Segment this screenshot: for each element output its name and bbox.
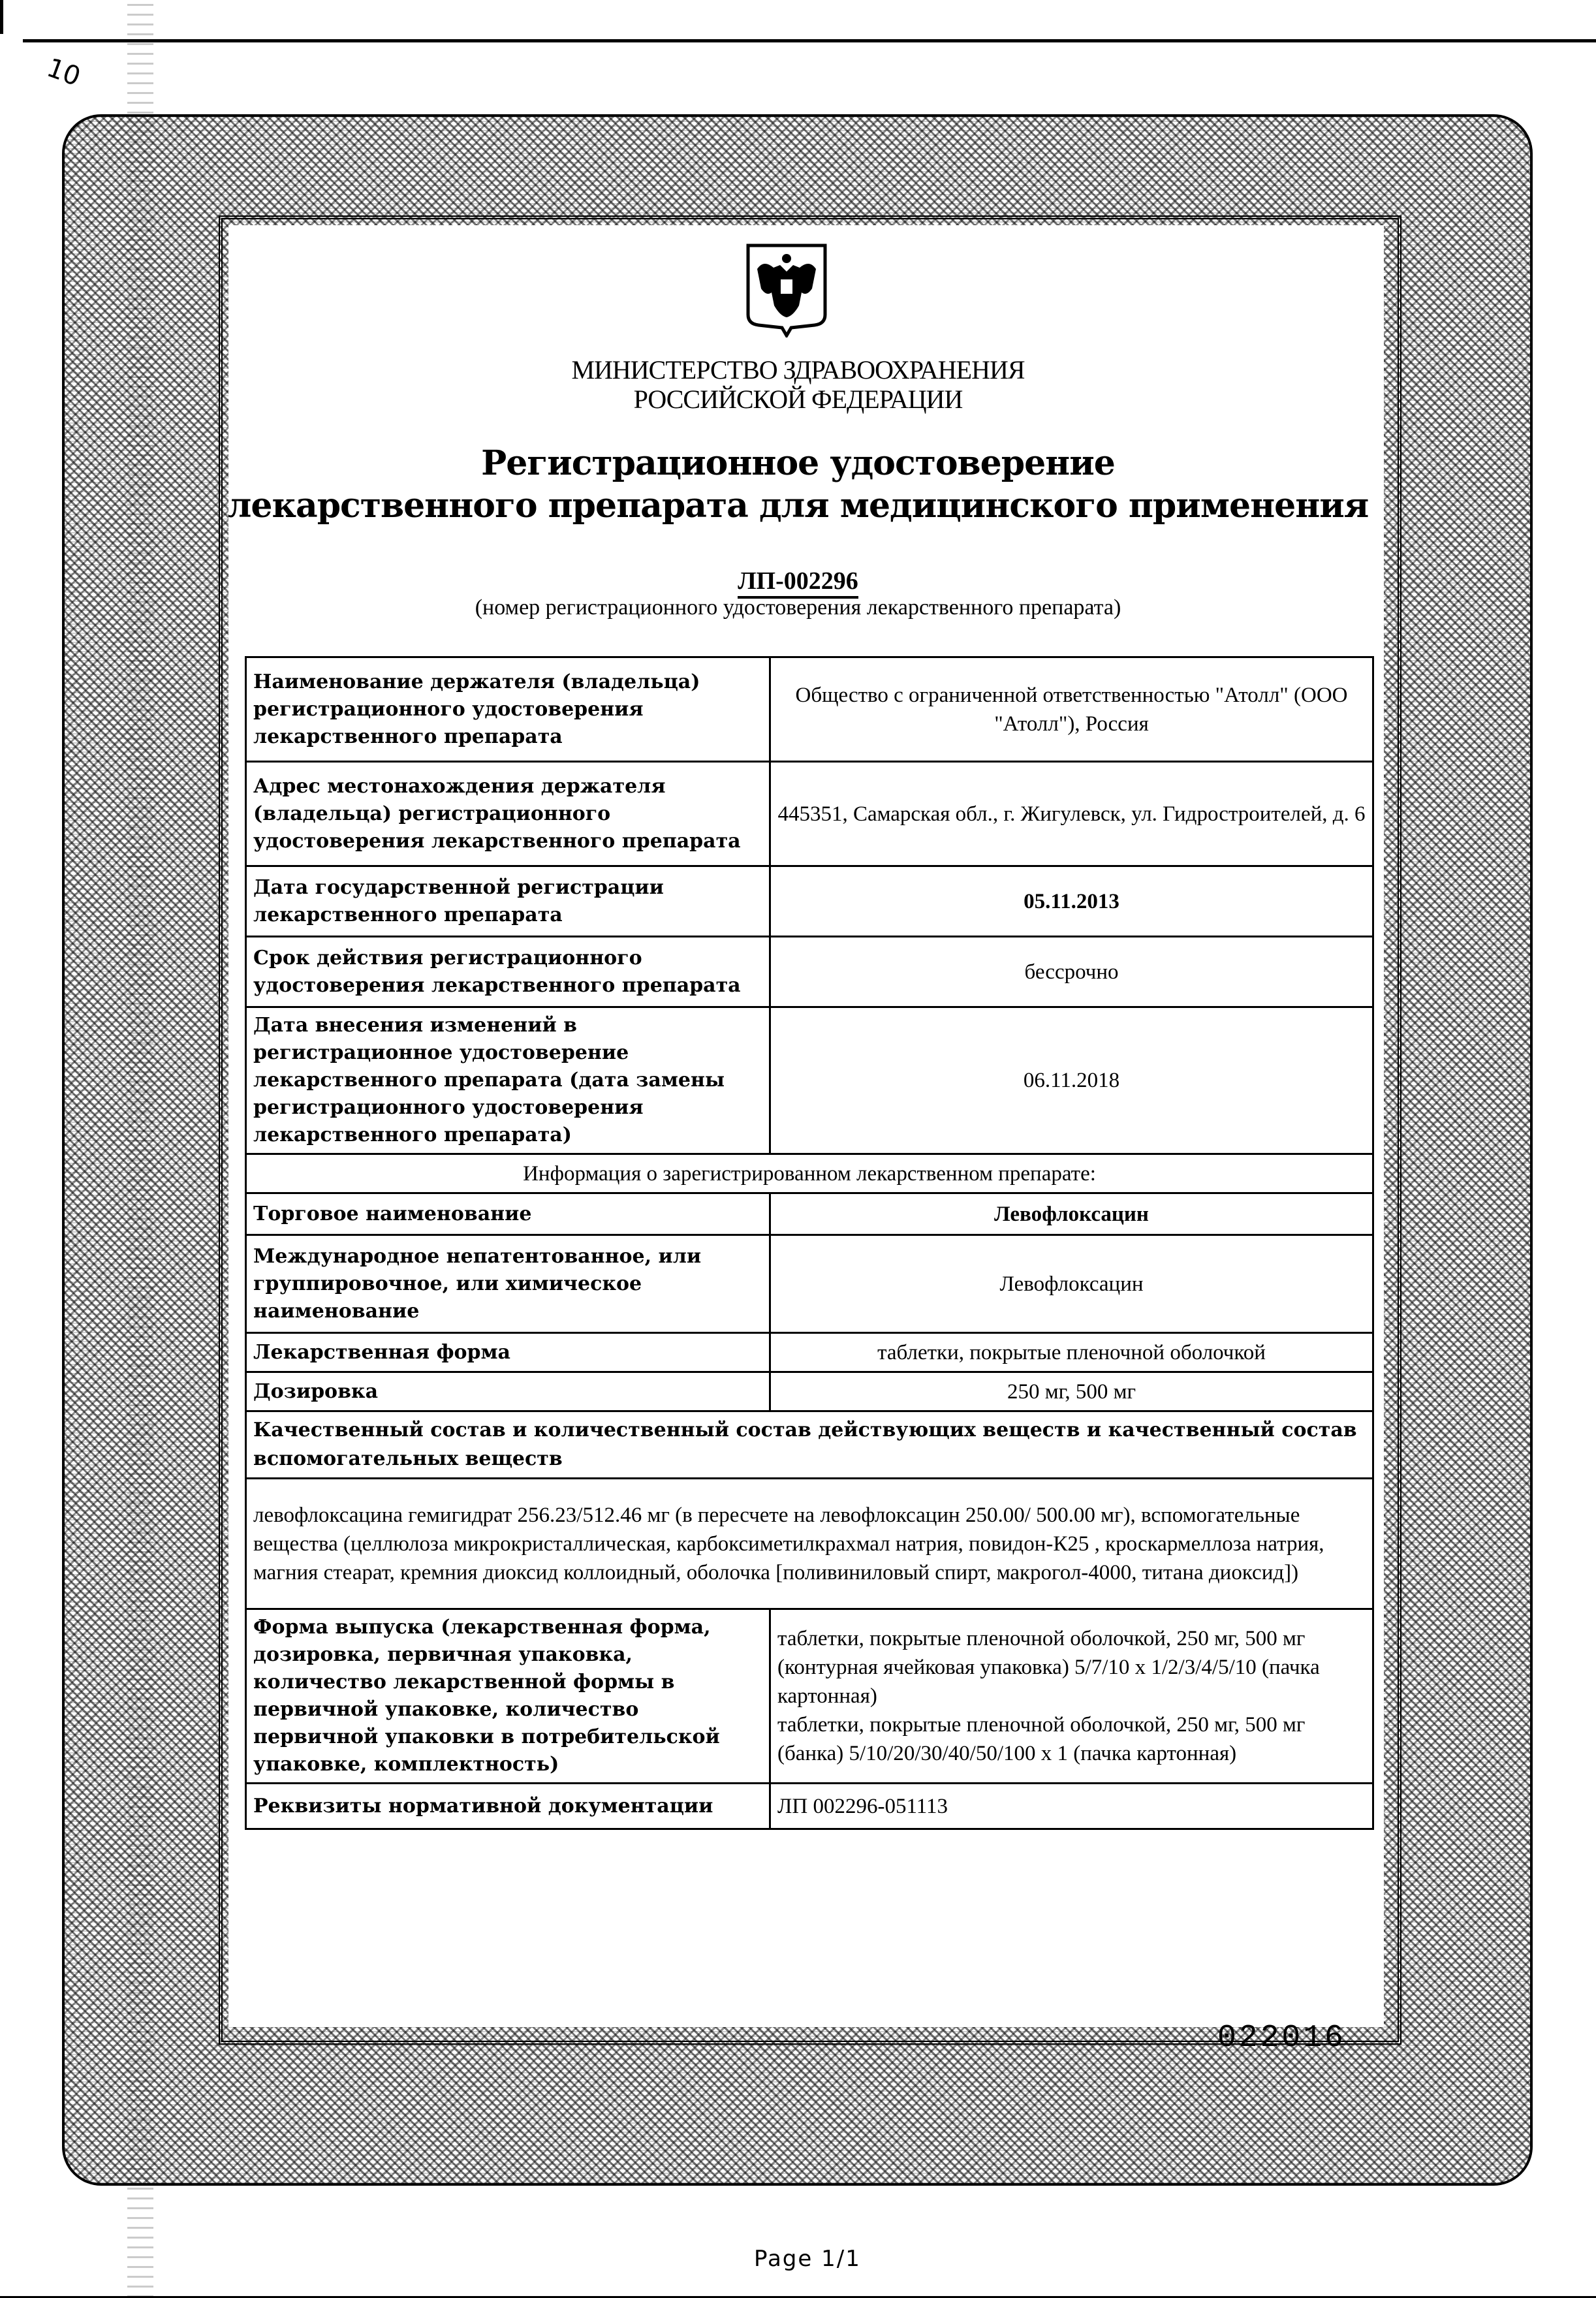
table-row: Информация о зарегистрированном лекарств… <box>246 1154 1373 1193</box>
holder-address-label: Адрес местонахождения держателя (владель… <box>246 762 770 866</box>
table-row: Качественный состав и количественный сос… <box>246 1411 1373 1479</box>
inn-value: Левофлоксацин <box>770 1235 1373 1333</box>
registration-number: ЛП-002296 <box>0 567 1596 595</box>
holder-address-value: 445351, Самарская обл., г. Жигулевск, ул… <box>770 762 1373 866</box>
ministry-name-line1: МИНИСТЕРСТВО ЗДРАВООХРАНЕНИЯ <box>0 356 1596 385</box>
drug-info-heading: Информация о зарегистрированном лекарств… <box>246 1154 1373 1193</box>
table-row: Лекарственная форма таблетки, покрытые п… <box>246 1333 1373 1372</box>
page-indicator: Page 1/1 <box>754 2246 861 2272</box>
table-row: Адрес местонахождения держателя (владель… <box>246 762 1373 866</box>
table-row: Международное непатентованное, или групп… <box>246 1235 1373 1333</box>
table-row: Форма выпуска (лекарственная форма, дози… <box>246 1609 1373 1784</box>
dosage-form-label: Лекарственная форма <box>246 1333 770 1372</box>
document-title-line2: лекарственного препарата для медицинског… <box>0 486 1596 526</box>
table-row: левофлоксацина гемигидрат 256.23/512.46 … <box>246 1479 1373 1609</box>
registration-number-caption: (номер регистрационного удостоверения ле… <box>0 595 1596 620</box>
table-row: Дата государственной регистрации лекарст… <box>246 866 1373 937</box>
document-title-line1: Регистрационное удостоверение <box>0 444 1596 483</box>
scan-edge-mark <box>0 0 3 34</box>
table-row: Дозировка 250 мг, 500 мг <box>246 1372 1373 1411</box>
handwritten-page-note: 10 <box>43 53 85 93</box>
table-row: Дата внесения изменений в регистрационно… <box>246 1007 1373 1154</box>
table-row: Торговое наименование Левофлоксацин <box>246 1193 1373 1235</box>
registration-table: Наименование держателя (владельца) регис… <box>245 656 1374 1830</box>
release-form-value: таблетки, покрытые пленочной оболочкой, … <box>770 1609 1373 1784</box>
release-form-jar: таблетки, покрытые пленочной оболочкой, … <box>777 1710 1366 1768</box>
form-serial-number: 022016 <box>1217 2021 1346 2056</box>
validity-value: бессрочно <box>770 937 1373 1007</box>
holder-name-value: Общество с ограниченной ответственностью… <box>770 657 1373 762</box>
strength-value: 250 мг, 500 мг <box>770 1372 1373 1411</box>
composition-value: левофлоксацина гемигидрат 256.23/512.46 … <box>246 1479 1373 1609</box>
strength-label: Дозировка <box>246 1372 770 1411</box>
validity-label: Срок действия регистрационного удостовер… <box>246 937 770 1007</box>
ministry-name-line2: РОССИЙСКОЙ ФЕДЕРАЦИИ <box>0 385 1596 414</box>
scan-noise-stripe <box>127 0 153 2298</box>
table-row: Реквизиты нормативной документации ЛП 00… <box>246 1784 1373 1829</box>
amendment-date-value: 06.11.2018 <box>770 1007 1373 1154</box>
registration-date-label: Дата государственной регистрации лекарст… <box>246 866 770 937</box>
table-row: Срок действия регистрационного удостовер… <box>246 937 1373 1007</box>
coat-of-arms-icon <box>744 243 829 338</box>
scan-top-rule <box>23 39 1596 42</box>
composition-label: Качественный состав и количественный сос… <box>246 1411 1373 1479</box>
registration-date-value: 05.11.2013 <box>770 866 1373 937</box>
normative-docs-value: ЛП 002296-051113 <box>770 1784 1373 1829</box>
registration-number-value: ЛП-002296 <box>738 567 858 599</box>
release-form-label: Форма выпуска (лекарственная форма, дози… <box>246 1609 770 1784</box>
holder-name-label: Наименование держателя (владельца) регис… <box>246 657 770 762</box>
dosage-form-value: таблетки, покрытые пленочной оболочкой <box>770 1333 1373 1372</box>
table-row: Наименование держателя (владельца) регис… <box>246 657 1373 762</box>
normative-docs-label: Реквизиты нормативной документации <box>246 1784 770 1829</box>
trade-name-value: Левофлоксацин <box>770 1193 1373 1235</box>
inn-label: Международное непатентованное, или групп… <box>246 1235 770 1333</box>
release-form-blister: таблетки, покрытые пленочной оболочкой, … <box>777 1624 1366 1710</box>
trade-name-label: Торговое наименование <box>246 1193 770 1235</box>
amendment-date-label: Дата внесения изменений в регистрационно… <box>246 1007 770 1154</box>
